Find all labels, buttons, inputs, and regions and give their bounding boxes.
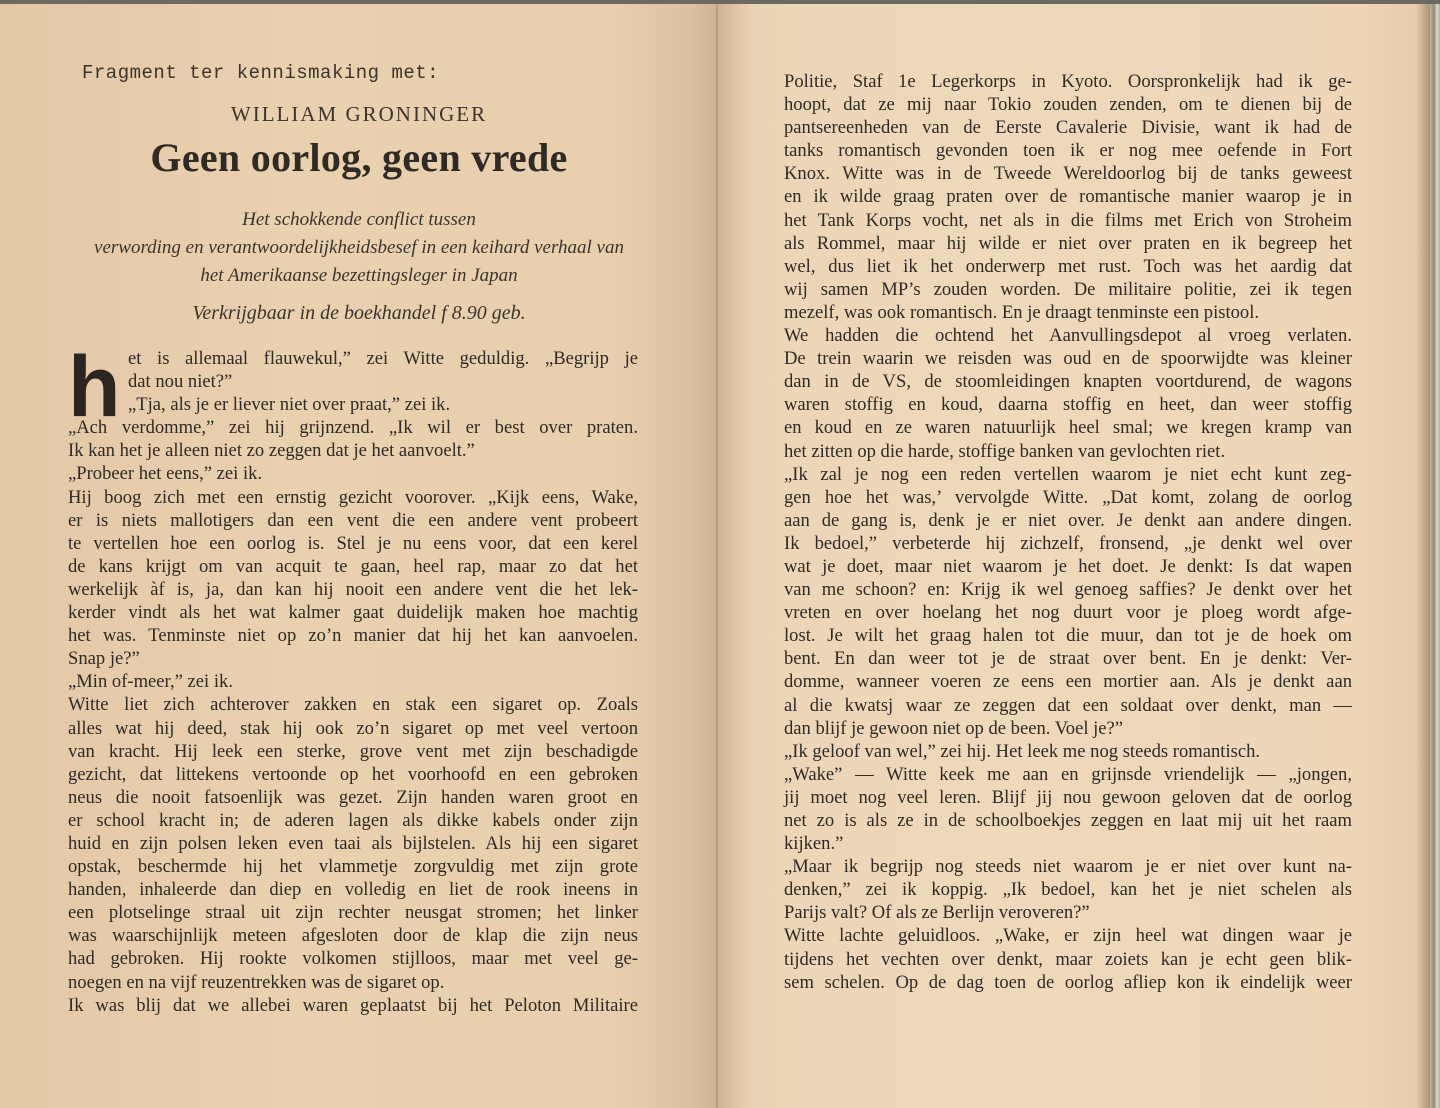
text-line: gezicht, dat littekens vertoonde op het … <box>68 763 638 786</box>
text-line: domme, wanneer voeren ze eens een mortie… <box>784 670 1352 693</box>
text-line: Politie, Staf 1e Legerkorps in Kyoto. Oo… <box>784 70 1352 93</box>
left-page: Fragment ter kennismaking met: WILLIAM G… <box>0 4 718 1108</box>
text-line: wel, dus liet ik het onderwerp met rust.… <box>784 255 1352 278</box>
text-line: Knox. Witte was in de Tweede Wereldoorlo… <box>784 162 1352 185</box>
price-note: Verkrijgbaar in de boekhandel f 8.90 geb… <box>0 302 718 325</box>
text-line: lost. Je wilt het graag halen tot die mu… <box>784 624 1352 647</box>
text-line: een plotselinge straal uit zijn rechter … <box>68 901 638 924</box>
text-line: en ik wilde graag praten over de romanti… <box>784 185 1352 208</box>
text-line: werkelijk àf is, ja, dan kan hij nooit e… <box>68 578 638 601</box>
text-line: et is allemaal flauwekul,” zei Witte ged… <box>68 347 638 370</box>
text-line: van kracht. Hij leek een sterke, grove v… <box>68 740 638 763</box>
text-line: „Ik geloof van wel,” zei hij. Het leek m… <box>784 740 1352 763</box>
text-line: Ik was blij dat we allebei waren geplaat… <box>68 994 638 1017</box>
text-line: dan blijf je gewoon niet op de been. Voe… <box>784 717 1352 740</box>
text-line: „Ach verdomme,” zei hij grijnzend. „Ik w… <box>68 416 638 439</box>
text-line: We hadden die ochtend het Aanvullingsdep… <box>784 324 1352 347</box>
text-line: „Probeer het eens,” zei ik. <box>68 462 638 485</box>
text-line: te vertellen hoe een oorlog is. Stel je … <box>68 532 638 555</box>
text-line: „Min of-meer,” zei ik. <box>68 670 638 693</box>
text-line: kijken.” <box>784 832 1352 855</box>
text-line: sem schelen. Op de dag toen de oorlog af… <box>784 971 1352 994</box>
text-line: Parijs valt? Of als ze Berlijn veroveren… <box>784 901 1352 924</box>
text-line: „Tja, als je er liever niet over praat,”… <box>68 393 638 416</box>
text-line: was waarschijnlijk meteen afgesloten doo… <box>68 924 638 947</box>
text-line: Witte lachte geluidloos. „Wake, er zijn … <box>784 924 1352 947</box>
left-body-text: h et is allemaal flauwekul,” zei Witte g… <box>68 347 638 1017</box>
blurb-line: het Amerikaanse bezettingsleger in Japan <box>0 262 718 290</box>
page-edge <box>1430 4 1440 1108</box>
text-line: noegen en na vijf reuzentrekken was de s… <box>68 971 638 994</box>
text-line: „Maar ik begrijp nog steeds niet waarom … <box>784 855 1352 878</box>
text-line: tanks romantisch gevonden toen ik er nog… <box>784 139 1352 162</box>
text-line: De trein waarin we reisden was oud en de… <box>784 347 1352 370</box>
text-line: de kans krijgt om van acquit te gaan, he… <box>68 555 638 578</box>
text-line: handen, inhaleerde dan diep en volledig … <box>68 878 638 901</box>
text-line: waren stoffig en koud, daarna stoffig en… <box>784 393 1352 416</box>
text-line: er is niets mallotigers dan een vent die… <box>68 509 638 532</box>
text-line: Ik kan het je alleen niet zo zeggen dat … <box>68 439 638 462</box>
blurb-line: verwording en verantwoordelijkheidsbesef… <box>0 234 718 262</box>
text-line: dat nou niet?” <box>68 370 638 393</box>
text-line: neus die nooit fatsoenlijk was gezet. Zi… <box>68 786 638 809</box>
text-line: en koud en ze waren natuurlijk heel smal… <box>784 416 1352 439</box>
text-line: tijdens het vechten over denkt, maar zoi… <box>784 948 1352 971</box>
text-line: pantsereenheden van de Eerste Cavalerie … <box>784 116 1352 139</box>
text-line: had gebroken. Hij rookte volkomen stijll… <box>68 947 638 970</box>
text-line: het zitten op die harde, stoffige banken… <box>784 440 1352 463</box>
text-line: aan de gang is, denk je er niet over. Je… <box>784 509 1352 532</box>
text-line: „Ik zal je nog een reden vertellen waaro… <box>784 463 1352 486</box>
text-line: kerder vindt als het wat kalmer gaat dui… <box>68 601 638 624</box>
book-title: Geen oorlog, geen vrede <box>0 134 718 181</box>
text-line: van me schoon? en: Krijg ik wel genoeg s… <box>784 578 1352 601</box>
text-line: het was. Tenminste niet op zo’n manier d… <box>68 624 638 647</box>
author-name: WILLIAM GRONINGER <box>0 102 718 127</box>
book-spread: Fragment ter kennismaking met: WILLIAM G… <box>0 4 1440 1108</box>
text-line: er school kracht in; de aderen lagen als… <box>68 809 638 832</box>
text-line: alles wat hij deed, stak hij ook zo’n si… <box>68 717 638 740</box>
text-line: jij moet nog veel leren. Blijf jij nou g… <box>784 786 1352 809</box>
blurb-line: Het schokkende conflict tussen <box>0 206 718 234</box>
text-line: opstak, beschermde hij het vlammetje zor… <box>68 855 638 878</box>
right-body-text: Politie, Staf 1e Legerkorps in Kyoto. Oo… <box>784 70 1352 994</box>
text-line: als Rommel, maar hij wilde er niet over … <box>784 232 1352 255</box>
text-line: vreten en over hoelang het nog duurt voo… <box>784 601 1352 624</box>
text-line: al die kwatsj waar ze zeggen dat een sol… <box>784 694 1352 717</box>
blurb: Het schokkende conflict tussen verwordin… <box>0 206 718 290</box>
text-line: net zo is als ze in de schoolboekjes zeg… <box>784 809 1352 832</box>
text-line: gen hoe het was,’ vervolgde Witte. „Dat … <box>784 486 1352 509</box>
text-line: Snap je?” <box>68 647 638 670</box>
text-line: huid en zijn polsen leken even taai als … <box>68 832 638 855</box>
text-line: denken,” zei ik koppig. „Ik bedoel, kan … <box>784 878 1352 901</box>
text-line: wat je doet, maar niet waarom je het doe… <box>784 555 1352 578</box>
text-line: Ik bedoel,” verbeterde hij zichzelf, fro… <box>784 532 1352 555</box>
text-line: mezelf, was ook romantisch. En je draagt… <box>784 301 1352 324</box>
text-line: „Wake” — Witte keek me aan en grijnsde v… <box>784 763 1352 786</box>
kicker-text: Fragment ter kennismaking met: <box>82 62 439 84</box>
text-line: dan in de VS, de stoomleidingen knapten … <box>784 370 1352 393</box>
text-line: bent. En dan weer tot je de straat over … <box>784 647 1352 670</box>
text-line: het Tank Korps vocht, net als in die fil… <box>784 209 1352 232</box>
text-line: Witte liet zich achterover zakken en sta… <box>68 693 638 716</box>
drop-cap: h <box>68 355 120 419</box>
text-line: wij samen MP’s zouden worden. De militai… <box>784 278 1352 301</box>
text-line: Hij boog zich met een ernstig gezicht vo… <box>68 486 638 509</box>
text-line: hoopt, dat ze mij naar Tokio zouden zend… <box>784 93 1352 116</box>
